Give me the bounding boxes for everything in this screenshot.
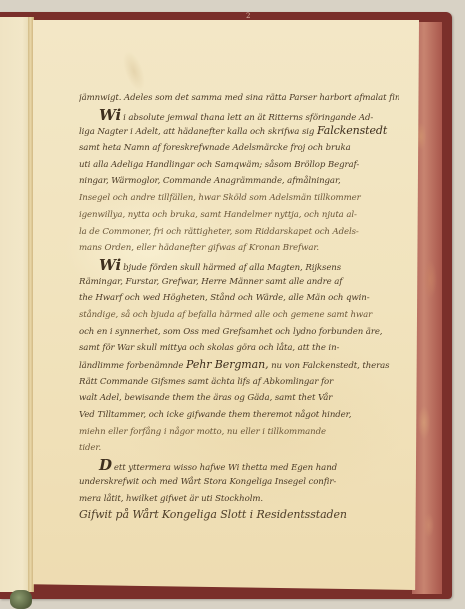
text-line: Wibjude förden skull härmed af alla Magt… <box>79 257 399 274</box>
text-line: Rätt Commande Gifsmes samt ächta lifs af… <box>79 374 399 391</box>
text-line: Dett yttermera wisso hafwe Wi thetta med… <box>79 457 399 474</box>
decorated-initial: D <box>99 457 112 474</box>
scanned-book-scene: 2 jämnwigt. Adeles som det samma med sin… <box>0 0 465 609</box>
decorated-initial: Wi <box>99 257 121 274</box>
text-line: samt för War skull mittya och skolas gör… <box>79 340 399 357</box>
text-line: mans Orden, eller hädanefter gifwas af K… <box>79 240 399 257</box>
text-line: ståndige, så och bjuda af befalla härmed… <box>79 307 399 324</box>
text-line: underskrefwit och med Wårt Stora Kongeli… <box>79 474 399 491</box>
closing-line: Gifwit på Wårt Kongeliga Slott i Residen… <box>79 507 399 524</box>
bookmark-ribbon-tassel <box>10 590 32 609</box>
text-line: ländlimme forbenämnde Pehr Bergman, nu v… <box>79 357 399 374</box>
text-line: och en i synnerhet, som Oss med Grefsamh… <box>79 324 399 341</box>
decorated-initial: Wi <box>99 107 121 124</box>
text-line: Ved Tilltammer, och icke gifwande them t… <box>79 407 399 424</box>
manuscript-text-block: jämnwigt. Adeles som det samma med sina … <box>79 90 399 524</box>
text-line: mera låtit, hwilket gifwet är uti Stockh… <box>79 491 399 508</box>
text-line: igenwillya, nytta och bruka, samt Handel… <box>79 207 399 224</box>
text-line: Rämingar, Furstar, Grefwar, Herre Männer… <box>79 274 399 291</box>
text-line: ningar, Wärmoglor, Commande Anagrämmande… <box>79 173 399 190</box>
text-line: uti alla Adeliga Handlingar och Samqwäm;… <box>79 157 399 174</box>
text-line: Wii absolute jemwal thana lett an ät Rit… <box>79 107 399 124</box>
text-line: liga Nagter i Adelt, att hädanefter kall… <box>79 123 399 140</box>
text-line: Insegel och andre tillfällen, hwar Sköld… <box>79 190 399 207</box>
text-line: samt heta Namn af foreskrefwnade Adelsmä… <box>79 140 399 157</box>
family-name: Falckenstedt <box>317 124 387 137</box>
text-line: walt Adel, bewisande them the äras og Gä… <box>79 390 399 407</box>
text-line: la de Commoner, fri och rättigheter, som… <box>79 224 399 241</box>
person-name: Pehr Bergman, <box>186 358 268 371</box>
text-line: miehn eller forfång i någor motto, nu el… <box>79 424 399 441</box>
page-header-mark: 2 <box>246 12 250 20</box>
text-line: the Hwarf och wed Högheten, Stånd och Wä… <box>79 290 399 307</box>
text-line: tider. <box>79 440 399 457</box>
paper-stain <box>118 48 149 94</box>
text-line: jämnwigt. Adeles som det samma med sina … <box>79 90 399 107</box>
